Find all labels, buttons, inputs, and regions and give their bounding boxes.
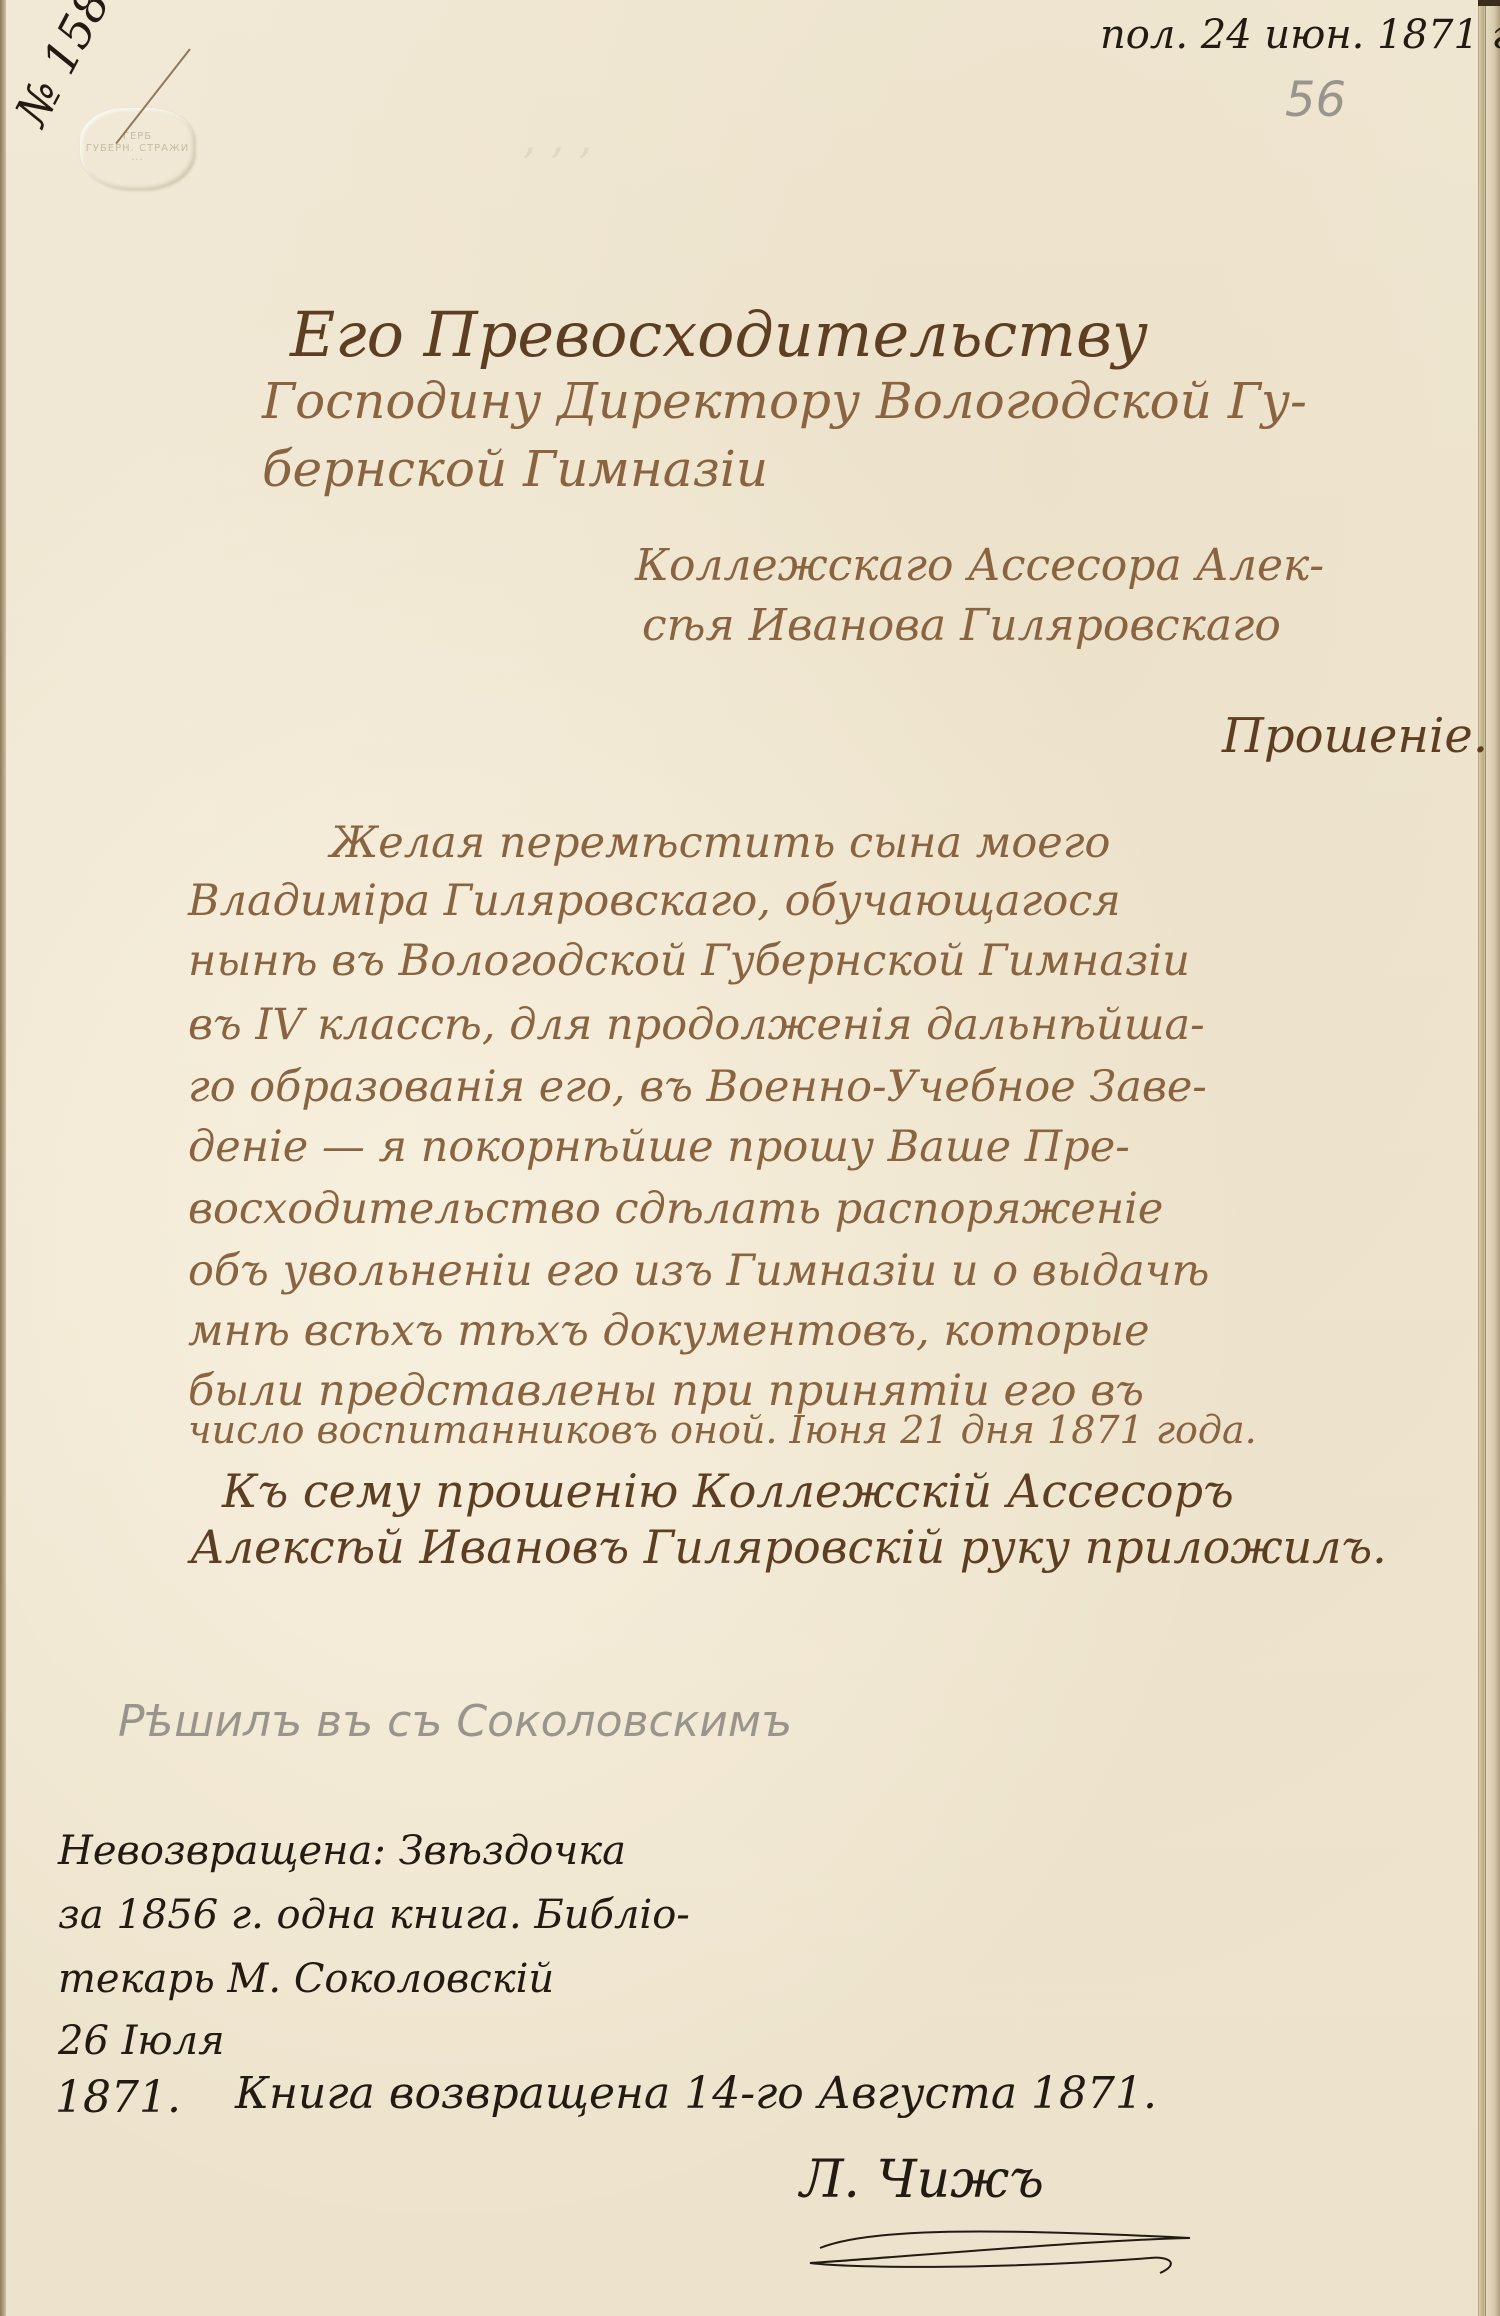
sender-line: сѣя Иванова Гиляровскаго bbox=[642, 600, 1281, 651]
page-left-edge bbox=[0, 0, 6, 2316]
sender-line: Коллежскаго Ассесора Алек- bbox=[635, 540, 1324, 591]
body-line-date: число воспитанниковъ оной. Іюня 21 дня 1… bbox=[188, 1408, 1257, 1452]
document-page: ʼ ʼ ʼ ГЕРБ ГУБЕРН. СТРАЖИ ··· № 1583 пол… bbox=[0, 0, 1500, 2316]
address-line: бернской Гимназіи bbox=[262, 440, 768, 498]
binding-top-strip bbox=[1478, 0, 1500, 6]
signature-line: Алексѣй Ивановъ Гиляровскій руку приложи… bbox=[190, 1520, 1387, 1574]
body-line: го образованія его, въ Военно-Учебное За… bbox=[188, 1062, 1207, 1112]
body-line: въ IV классѣ, для продолженія дальнѣйша- bbox=[188, 1000, 1205, 1050]
signature-flourish bbox=[790, 2218, 1220, 2278]
body-line: Владиміра Гиляровскаго, обучающагося bbox=[188, 876, 1121, 926]
signature-line: Къ сему прошенію Коллежскій Ассесоръ bbox=[222, 1464, 1234, 1518]
book-returned-note: Книга возвращена 14-го Августа 1871. bbox=[235, 2068, 1157, 2119]
document-type-heading: Прошеніе. bbox=[1222, 708, 1488, 764]
pencil-resolution-note: Рѣшилъ въ съ Соколовскимъ bbox=[118, 1696, 792, 1747]
library-note-line: текарь М. Соколовскій bbox=[58, 1956, 554, 2002]
library-note-date: 26 Іюля bbox=[58, 2018, 225, 2064]
returned-note-signature: Л. Чижъ bbox=[800, 2150, 1044, 2210]
binding-line bbox=[1485, 0, 1486, 2316]
body-line: Желая перемѣстить сына моего bbox=[330, 818, 1110, 868]
seal-text-line: ГУБЕРН. СТРАЖИ bbox=[86, 143, 190, 155]
address-line: Господину Директору Вологодской Гу- bbox=[262, 372, 1307, 430]
seal-text-line: ··· bbox=[131, 155, 144, 167]
library-note-year: 1871. bbox=[55, 2072, 181, 2123]
bleed-through-text: ʼ ʼ ʼ bbox=[520, 140, 590, 191]
folio-number: 56 bbox=[1285, 72, 1346, 128]
body-line: деніе — я покорнѣйше прошу Ваше Пре- bbox=[188, 1122, 1130, 1172]
body-line: мнѣ всѣхъ тѣхъ документовъ, которые bbox=[188, 1306, 1150, 1356]
embossed-seal: ГЕРБ ГУБЕРН. СТРАЖИ ··· bbox=[80, 108, 195, 190]
address-title: Его Превосходительству bbox=[290, 298, 1148, 371]
body-line: нынѣ въ Вологодской Губернской Гимназіи bbox=[188, 936, 1190, 986]
library-note-line: Невозвращена: Звѣздочка bbox=[58, 1828, 626, 1874]
received-date-note: пол. 24 июн. 1871 г. bbox=[1100, 12, 1500, 58]
seal-text-line: ГЕРБ bbox=[123, 131, 152, 143]
body-line: объ увольненіи его изъ Гимназіи и о выда… bbox=[188, 1246, 1209, 1296]
page-binding-edge bbox=[1478, 0, 1500, 2316]
library-note-line: за 1856 г. одна книга. Библіо- bbox=[58, 1892, 690, 1938]
body-line: восходительство сдѣлать распоряженіе bbox=[188, 1184, 1163, 1234]
